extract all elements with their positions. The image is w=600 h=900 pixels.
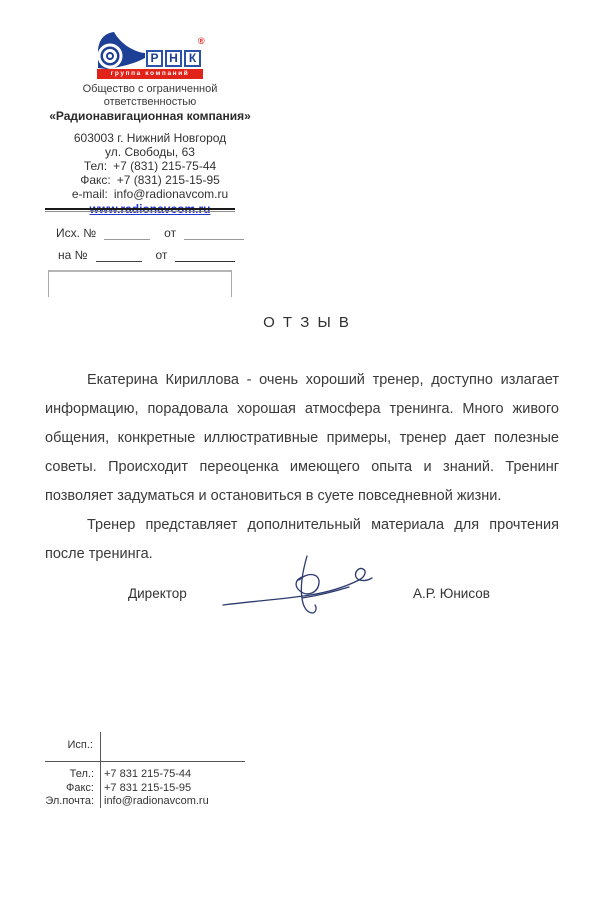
logo-acronym: Р Н К [146, 50, 201, 67]
footer-fax-row: Факс: +7 831 215-15-95 [40, 782, 209, 796]
document-title: О Т З Ы В [0, 314, 600, 331]
logo-letter-box: Р [146, 50, 163, 67]
incoming-date-label: от [156, 248, 168, 262]
outgoing-number-label: Исх. № [56, 226, 96, 240]
radio-wave-swirl-icon [97, 32, 145, 69]
address-line1: 603003 г. Нижний Новгород [40, 131, 260, 145]
fax-value: +7 (831) 215-15-95 [117, 173, 220, 187]
incoming-number-blank [96, 248, 142, 262]
address-line2: ул. Свободы, 63 [40, 145, 260, 159]
letterhead: Р Н К группа компаний ® Общество с огран… [40, 28, 260, 216]
email-line: e-mail:info@radionavcom.ru [40, 187, 260, 201]
incoming-ref-row: на № от [40, 242, 260, 262]
handwritten-signature [215, 550, 380, 618]
company-logo: Р Н К группа компаний ® [97, 28, 203, 79]
outgoing-ref-row: Исх. № от [40, 220, 260, 240]
footer-contact-rows: Тел.: +7 831 215-75-44 Факс: +7 831 215-… [40, 768, 209, 809]
footer-phone-value: +7 831 215-75-44 [94, 768, 191, 782]
footer-phone-label: Тел.: [40, 768, 94, 782]
footer-fax-label: Факс: [40, 782, 94, 796]
phone-label: Тел: [84, 159, 107, 173]
org-type: Общество с ограниченной ответственностью… [40, 83, 260, 123]
footer-horizontal-divider [45, 761, 245, 762]
addressee-box [48, 270, 232, 297]
signature-row: Директор А.Р. Юнисов [0, 584, 600, 624]
document-body: Екатерина Кириллова - очень хороший трен… [45, 366, 559, 569]
email-value: info@radionavcom.ru [114, 187, 228, 201]
footer-email-value: info@radionavcom.ru [94, 795, 209, 809]
letterhead-divider [45, 208, 235, 212]
phone-value: +7 (831) 215-75-44 [113, 159, 216, 173]
executor-label: Исп.: [40, 739, 93, 751]
outgoing-number-blank [104, 226, 150, 240]
footer-email-row: Эл.почта: info@radionavcom.ru [40, 795, 209, 809]
logo-letter-box: К [184, 50, 201, 67]
logo-banner: группа компаний [97, 69, 203, 79]
footer-phone-row: Тел.: +7 831 215-75-44 [40, 768, 209, 782]
signatory-name: А.Р. Юнисов [413, 586, 490, 601]
incoming-number-label: на № [58, 248, 88, 262]
outgoing-date-blank [184, 226, 244, 240]
org-type-line1: Общество с ограниченной [40, 83, 260, 96]
fax-label: Факс: [80, 173, 111, 187]
email-label: e-mail: [72, 187, 108, 201]
signatory-position: Директор [128, 586, 187, 601]
phone-line: Тел:+7 (831) 215-75-44 [40, 159, 260, 173]
footer-fax-value: +7 831 215-15-95 [94, 782, 191, 796]
outgoing-date-label: от [164, 226, 176, 240]
fax-line: Факс:+7 (831) 215-15-95 [40, 173, 260, 187]
logo-letter-box: Н [165, 50, 182, 67]
org-name: «Радионавигационная компания» [40, 109, 260, 123]
org-type-line2: ответственностью [40, 96, 260, 109]
incoming-date-blank [175, 248, 235, 262]
footer-email-label: Эл.почта: [40, 795, 94, 809]
footer-vertical-divider [100, 732, 101, 808]
body-paragraph-1: Екатерина Кириллова - очень хороший трен… [45, 366, 559, 511]
registered-trademark-icon: ® [198, 36, 205, 46]
reference-block: Исх. № от на № от [40, 220, 260, 262]
contact-block: 603003 г. Нижний Новгород ул. Свободы, 6… [40, 131, 260, 216]
